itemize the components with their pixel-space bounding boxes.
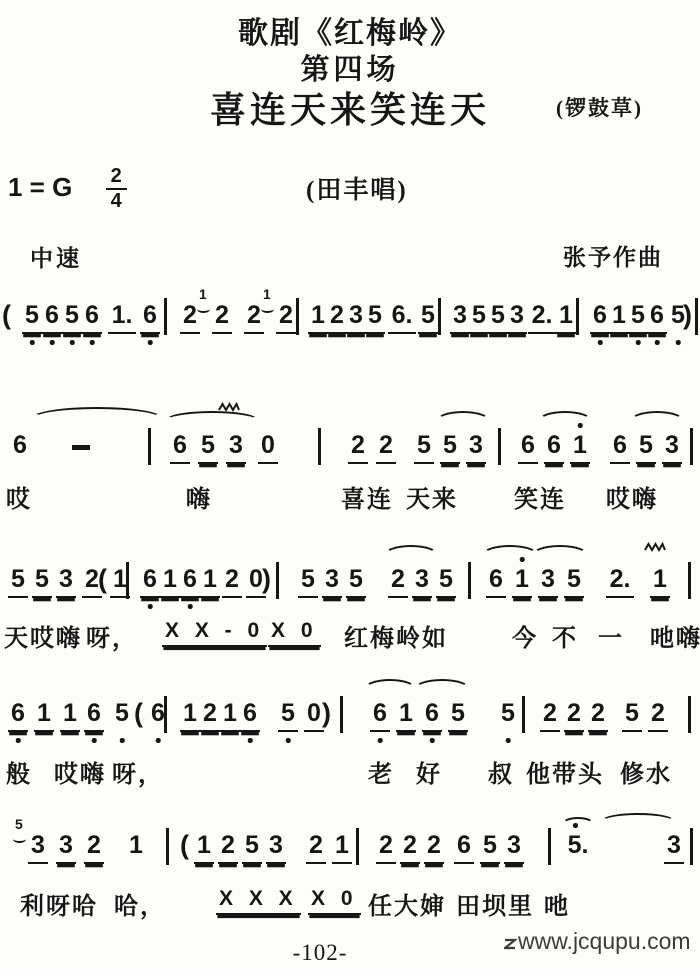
- watermark-arrow-icon: [504, 928, 518, 954]
- sheet-music-page: 歌剧《红梅岭》 第四场 喜连天来笑连天 (锣鼓草) 1 = G 2 4 (田丰唱…: [0, 0, 700, 971]
- low-octave-dot: [90, 340, 95, 345]
- note: 1: [194, 832, 214, 864]
- low-octave-dot: [430, 738, 435, 743]
- note: 1: [180, 700, 200, 732]
- lyric-syllable: 哎嗨: [606, 479, 658, 514]
- barline: [296, 298, 299, 335]
- note: 5: [636, 432, 656, 464]
- lyric-syllable: 呀，: [112, 754, 164, 789]
- note: 3: [56, 566, 76, 598]
- parenthesis: (: [180, 830, 189, 861]
- note: 6: [544, 432, 564, 464]
- note: 3: [346, 302, 366, 334]
- note: 2: [306, 832, 326, 864]
- note: 1: [160, 566, 180, 598]
- barline: [688, 562, 691, 599]
- note: 2: [327, 302, 347, 334]
- note: 2: [348, 432, 368, 464]
- note: 2: [588, 700, 608, 732]
- note: 1: [200, 566, 220, 598]
- note: 5: [298, 566, 318, 598]
- lyric-syllable: 一: [598, 618, 624, 653]
- barline: [164, 696, 167, 733]
- lyric-syllable: 今: [512, 618, 538, 653]
- note: 6: [647, 302, 667, 334]
- note: 2: [200, 700, 220, 732]
- lyric-syllable: 吔嗨: [650, 618, 700, 653]
- note: 3: [662, 432, 682, 464]
- note: 5: [480, 832, 500, 864]
- lyric-syllable: 不: [552, 618, 578, 653]
- lyric-syllable: 喜连: [341, 479, 393, 514]
- parenthesis: (: [134, 698, 143, 729]
- parenthesis: ): [683, 300, 692, 331]
- percussion-group: X X - 0: [162, 618, 267, 647]
- low-octave-dot: [655, 340, 660, 345]
- barline: [356, 828, 359, 865]
- note: 6.: [388, 302, 416, 334]
- note: 6: [590, 302, 610, 334]
- note: 21: [212, 302, 232, 334]
- note: 2.: [528, 302, 556, 334]
- lyric-syllable: 老: [368, 754, 394, 789]
- slur: [364, 679, 416, 699]
- lyric-syllable: 任大婶: [368, 886, 446, 921]
- note: 6: [10, 432, 30, 462]
- music-line-2: 6653022553661653: [0, 432, 700, 476]
- page-number: -102-: [270, 940, 370, 966]
- lyric-syllable: 天哎嗨: [4, 618, 82, 653]
- note: 6: [180, 566, 200, 598]
- note: 3: [466, 432, 486, 464]
- low-octave-dot: [70, 340, 75, 345]
- lyric-syllable: 好: [416, 754, 442, 789]
- slur: [436, 411, 490, 431]
- grace-note: 1: [199, 287, 207, 302]
- lyric-syllable: 呀，: [86, 618, 138, 653]
- note: 5: [112, 700, 132, 730]
- note: 1.: [108, 302, 136, 334]
- note: 3: [322, 566, 342, 598]
- lyric-syllable: 天来: [406, 479, 458, 514]
- slur: [482, 545, 538, 565]
- note: 1: [332, 832, 352, 864]
- note: 1: [570, 432, 590, 464]
- low-octave-dot: [148, 340, 153, 345]
- barline: [126, 562, 129, 599]
- parenthesis: (: [2, 300, 11, 331]
- note: 2: [400, 832, 420, 864]
- lyric-syllable: 红梅岭如: [344, 618, 448, 653]
- barline: [576, 298, 579, 335]
- note: 6: [518, 432, 538, 464]
- mordent-icon: [644, 539, 666, 557]
- low-octave-dot: [248, 738, 253, 743]
- lyric-syllable: 利呀哈: [20, 886, 98, 921]
- lyric-syllable: 修水: [620, 754, 672, 789]
- note: 5: [440, 432, 460, 464]
- note: 6: [486, 566, 506, 598]
- note: 3: [56, 832, 76, 864]
- lyrics-row-3: 天哎嗨呀，X X - 0X 0红梅岭如今不一吔嗨: [0, 618, 700, 652]
- note: 5: [469, 302, 489, 334]
- note: 2: [376, 432, 396, 464]
- note: 5: [32, 566, 52, 598]
- slur: [532, 545, 588, 565]
- high-octave-dot: [578, 423, 583, 428]
- music-line-4: 61165(6121650)6165522252: [0, 700, 700, 744]
- note: 6: [422, 700, 442, 732]
- lyrics-row-5: 利呀哈哈，X X XX 0任大婶田坝里吔: [0, 886, 700, 920]
- note: 35: [28, 832, 48, 864]
- barline: [276, 562, 279, 599]
- lyric-syllable: 吔: [544, 886, 570, 921]
- note: 6: [170, 432, 190, 464]
- note: 5: [346, 566, 366, 598]
- low-octave-dot: [30, 340, 35, 345]
- slur: [538, 411, 592, 431]
- barline: [438, 298, 441, 335]
- note: 6: [454, 832, 474, 864]
- barline: [498, 428, 501, 465]
- low-octave-dot: [156, 738, 161, 743]
- low-octave-dot: [636, 340, 641, 345]
- low-octave-dot: [16, 738, 21, 743]
- note: 2.: [606, 566, 634, 598]
- note: 5: [414, 432, 434, 464]
- note: 3: [504, 832, 524, 864]
- note: 2: [564, 700, 584, 732]
- slur: [630, 411, 684, 431]
- lyrics-row-2: 哎嗨喜连天来笑连哎嗨: [0, 479, 700, 513]
- low-octave-dot: [506, 738, 511, 743]
- lyric-syllable: 哈，: [114, 886, 166, 921]
- low-octave-dot: [188, 604, 193, 609]
- low-octave-dot: [286, 738, 291, 743]
- note: 5: [62, 302, 82, 334]
- note: 6: [240, 700, 260, 732]
- note: 1: [650, 566, 670, 598]
- note: 3: [664, 832, 684, 864]
- lyric-syllable: 他带头: [526, 754, 604, 789]
- note: 5: [628, 302, 648, 334]
- slur: [384, 545, 438, 565]
- music-line-5: 35321(1253212226535.3: [0, 832, 700, 876]
- note: 5.: [564, 832, 592, 862]
- low-octave-dot: [676, 340, 681, 345]
- note: 2: [84, 832, 104, 864]
- note: 3: [266, 832, 286, 864]
- note: 5: [22, 302, 42, 334]
- lyric-syllable: 哎嗨: [54, 754, 106, 789]
- note: 2: [388, 566, 408, 598]
- low-octave-dot: [148, 604, 153, 609]
- barline: [690, 828, 693, 865]
- note: 21: [276, 302, 296, 334]
- note: 0: [258, 432, 278, 464]
- barline: [166, 828, 169, 865]
- music-line-1: (56561.622122112356.535532.161565): [0, 302, 700, 346]
- grace-note: 1: [263, 287, 271, 302]
- note: 0: [304, 700, 324, 732]
- note: 1: [609, 302, 629, 334]
- barline: [688, 696, 691, 733]
- duration-dash: [72, 445, 90, 450]
- high-octave-dot: [520, 557, 525, 562]
- slur: [30, 407, 164, 431]
- barline: [148, 428, 151, 465]
- percussion-group: X 0: [308, 886, 361, 915]
- lyric-syllable: 叔: [488, 754, 514, 789]
- note: 5: [622, 700, 642, 732]
- note: 5: [198, 432, 218, 464]
- low-octave-dot: [92, 738, 97, 743]
- note: 2: [376, 832, 396, 864]
- barline: [522, 696, 525, 733]
- note: 2: [222, 566, 242, 598]
- low-octave-dot: [50, 340, 55, 345]
- note: 6: [370, 700, 390, 732]
- lyric-syllable: 田坝里: [456, 886, 534, 921]
- slur: [414, 679, 470, 699]
- note: 5: [488, 302, 508, 334]
- note: 1: [220, 700, 240, 732]
- note: 5: [498, 700, 518, 730]
- note: 1: [556, 302, 576, 334]
- barline: [164, 298, 167, 335]
- mordent-icon: [218, 399, 240, 417]
- grace-tie: [197, 305, 210, 313]
- barline: [690, 428, 693, 465]
- low-octave-dot: [598, 340, 603, 345]
- percussion-group: X X X: [216, 886, 301, 915]
- barline: [468, 562, 471, 599]
- note: 5: [365, 302, 385, 334]
- barline: [548, 828, 551, 865]
- note: 2: [218, 832, 238, 864]
- note: 5: [436, 566, 456, 598]
- high-octave-dot: [573, 823, 578, 828]
- note: 1: [34, 700, 54, 732]
- note: 3: [450, 302, 470, 334]
- lyrics-row-4: 般哎嗨呀，老好叔他带头修水: [0, 754, 700, 788]
- lyric-syllable: 哎: [6, 479, 32, 514]
- note: 1: [60, 700, 80, 732]
- grace-tie: [261, 305, 274, 313]
- parenthesis: (: [98, 564, 107, 595]
- note: 2: [424, 832, 444, 864]
- percussion-group: X 0: [268, 618, 321, 647]
- low-octave-dot: [120, 738, 125, 743]
- note: 5: [448, 700, 468, 732]
- lyric-syllable: 嗨: [186, 479, 212, 514]
- note: 5: [418, 302, 438, 334]
- note: 5: [564, 566, 584, 598]
- watermark: www.jcqupu.com: [504, 928, 691, 955]
- music-line-3: 5532(1616120)53523561352.1: [0, 566, 700, 610]
- slur: [562, 817, 594, 831]
- watermark-text: www.jcqupu.com: [518, 928, 691, 954]
- low-octave-dot: [378, 738, 383, 743]
- lyric-syllable: 般: [6, 754, 32, 789]
- barline: [318, 428, 321, 465]
- note: 5: [278, 700, 298, 732]
- note: 3: [412, 566, 432, 598]
- note: 6: [84, 700, 104, 732]
- note: 5: [242, 832, 262, 864]
- note: 2: [648, 700, 668, 732]
- note: 6: [42, 302, 62, 334]
- note: 1: [308, 302, 328, 334]
- note: 6: [610, 432, 630, 464]
- barline: [340, 696, 343, 733]
- parenthesis: ): [322, 698, 331, 729]
- note: 1: [396, 700, 416, 732]
- note: 1: [126, 832, 146, 862]
- lyric-syllable: 笑连: [514, 479, 566, 514]
- note: 3: [507, 302, 527, 334]
- barline: [695, 298, 698, 335]
- note: 6: [140, 302, 160, 334]
- note: 5: [8, 566, 28, 598]
- slur: [164, 411, 260, 431]
- note: 2: [540, 700, 560, 732]
- note: 1: [512, 566, 532, 598]
- grace-note: 5: [15, 817, 23, 832]
- grace-tie: [13, 835, 26, 843]
- note: 6: [82, 302, 102, 334]
- parenthesis: ): [262, 564, 271, 595]
- note: 6: [140, 566, 160, 598]
- note: 6: [8, 700, 28, 732]
- note: 3: [226, 432, 246, 464]
- slur: [600, 813, 676, 831]
- note: 3: [538, 566, 558, 598]
- score: (56561.622122112356.535532.161565)665302…: [0, 0, 700, 971]
